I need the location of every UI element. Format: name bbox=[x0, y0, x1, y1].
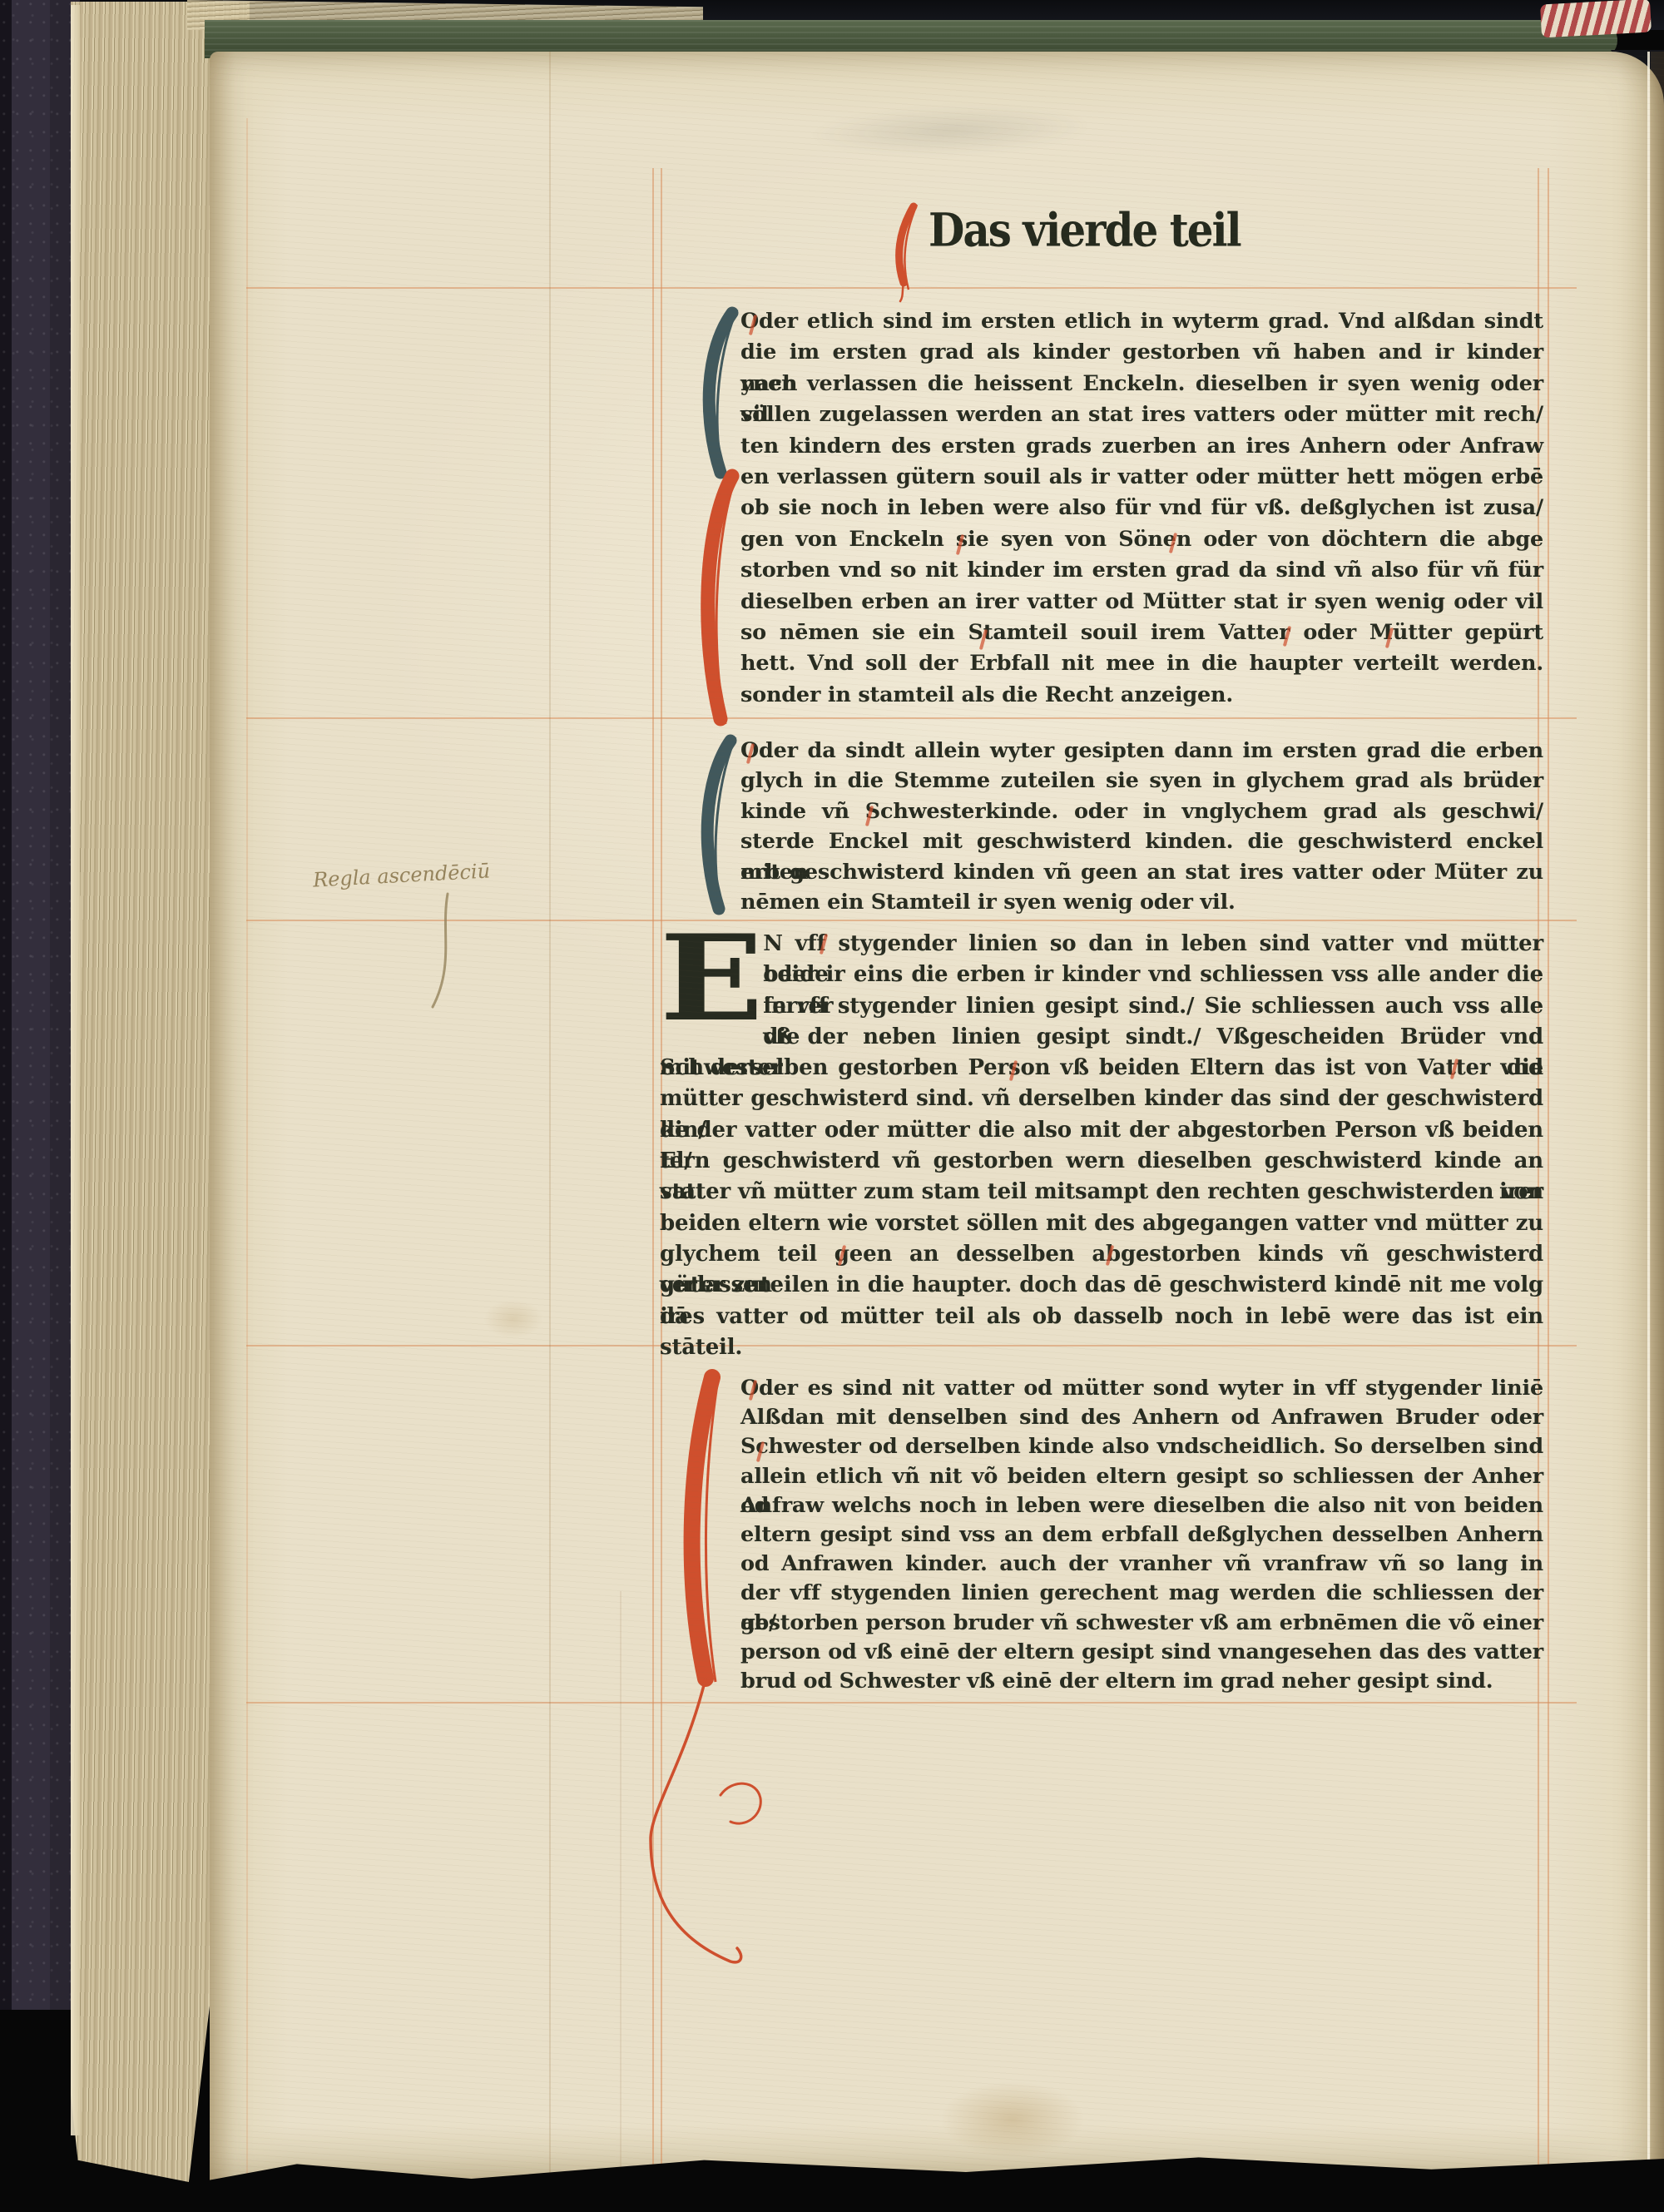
text-line: ob sie noch in leben were also für vnd f… bbox=[740, 493, 1543, 523]
text-line: vß der neben linien gesipt sindt./ Vßges… bbox=[660, 1022, 1543, 1053]
paper-crease bbox=[549, 52, 551, 2182]
paragraph-1: Oder etlich sind im ersten etlich in wyt… bbox=[740, 306, 1543, 711]
text-line: glych in die Stemme zuteilen sie syen in… bbox=[740, 766, 1543, 796]
text-line: kinde vñ Schwesterkinde. oder in vnglych… bbox=[740, 796, 1543, 826]
text-line: en verlassen gütern souil als ir vatter … bbox=[740, 462, 1543, 493]
text-line: hett. Vnd soll der Erbfall nit mee in di… bbox=[740, 648, 1543, 679]
woodcut-initial-letter: E bbox=[660, 932, 763, 1027]
paragraph-mark-crescent-teal-2 bbox=[694, 736, 744, 915]
text-line: N vff stygender linien so dan in leben s… bbox=[660, 929, 1543, 960]
book-page: Das vierde teil Oder etlich sind im erst… bbox=[210, 52, 1664, 2182]
text-line: der vff stygenden linien gerechent mag w… bbox=[740, 1579, 1543, 1608]
paragraph-3: E N vff stygender linien so dan in leben… bbox=[660, 929, 1543, 1332]
text-line: die im ersten grad als kinder gestorben … bbox=[740, 337, 1543, 368]
paragraph-4: Oder es sind nit vatter od mütter sond w… bbox=[740, 1374, 1543, 1696]
ruling-line-text-right-outer bbox=[1548, 168, 1549, 2172]
margin-note-flourish bbox=[418, 890, 476, 1015]
text-line: gestorben person bruder vñ schwester vß … bbox=[740, 1609, 1543, 1638]
text-line: güter zuteilen in die haupter. doch das … bbox=[660, 1270, 1543, 1301]
text-line: ten kindern des ersten grads zuerben an … bbox=[740, 431, 1543, 462]
text-line: Alßdan mit denselben sind des Anhern od … bbox=[740, 1403, 1543, 1432]
ruling-line-sep-3 bbox=[246, 1345, 1577, 1347]
text-line: person od vß einē der eltern gesipt sind… bbox=[740, 1638, 1543, 1667]
text-line: nēmen ein Stamteil ir syen wenig oder vi… bbox=[740, 887, 1543, 917]
paragraph-2: Oder da sindt allein wyter gesipten dann… bbox=[740, 736, 1543, 917]
text-line: Schwester od derselben kinde also vndsch… bbox=[740, 1432, 1543, 1461]
text-line: mit derselben gestorben Person vß beiden… bbox=[660, 1053, 1543, 1084]
text-line: oder ir eins die erben ir kinder vnd sch… bbox=[660, 960, 1543, 990]
text-line: vatter vñ mütter zum stam teil mitsampt … bbox=[660, 1177, 1543, 1208]
text-line: so nēmen sie ein Stamteil souil irem Vat… bbox=[740, 617, 1543, 648]
text-line: allein etlich vñ nit võ beiden eltern ge… bbox=[740, 1462, 1543, 1491]
text-line: Anfraw welchs noch in leben were dieselb… bbox=[740, 1491, 1543, 1520]
ink-showthrough-smudge bbox=[808, 100, 1092, 161]
page-stack-highlight bbox=[71, 5, 80, 2135]
text-line: sterde Enckel mit geschwisterd kinden. d… bbox=[740, 826, 1543, 856]
paragraph-3-lines: N vff stygender linien so dan in leben s… bbox=[660, 929, 1543, 1332]
ruling-line-bottom bbox=[246, 1702, 1577, 1704]
ruling-line-left-margin bbox=[246, 118, 248, 2174]
page-fold-highlight bbox=[1647, 52, 1650, 2182]
paper-crease-lower bbox=[620, 1591, 622, 2182]
ruling-line-sep-1 bbox=[246, 717, 1577, 719]
text-line: Oder etlich sind im ersten etlich in wyt… bbox=[740, 306, 1543, 337]
text-line: mütter geschwisterd sind. vñ derselben k… bbox=[660, 1084, 1543, 1114]
foxing-stain-small bbox=[484, 1300, 542, 1338]
chapter-heading-text: Das vierde teil bbox=[929, 203, 1241, 257]
text-line: od Anfrawen kinder. auch der vranher vñ … bbox=[740, 1550, 1543, 1579]
paragraph-mark-crescent-red bbox=[694, 469, 747, 727]
text-line: söllen zugelassen werden an stat ires va… bbox=[740, 399, 1543, 430]
text-line: storben vnd so nit kinder im ersten grad… bbox=[740, 555, 1543, 586]
text-line: ynen verlassen die heissent Enckeln. die… bbox=[740, 369, 1543, 399]
page-fold-shadow bbox=[1651, 52, 1664, 2182]
text-line: Oder es sind nit vatter od mütter sond w… bbox=[740, 1374, 1543, 1403]
paragraph-mark-crescent-teal bbox=[696, 308, 745, 479]
photographed-book-spread: Das vierde teil Oder etlich sind im erst… bbox=[0, 0, 1664, 2212]
book-cover-left bbox=[0, 0, 80, 2010]
text-line: gen von Enckeln sie syen von Sönen oder … bbox=[740, 524, 1543, 555]
rubric-pilcrow-icon bbox=[892, 203, 922, 303]
text-line: de der vatter oder mütter die also mit d… bbox=[660, 1115, 1543, 1146]
text-line: brud od Schwester vß einē der eltern im … bbox=[740, 1667, 1543, 1696]
text-line: tern geschwisterd vñ gestorben wern dies… bbox=[660, 1146, 1543, 1177]
text-line: beiden eltern wie vorstet söllen mit des… bbox=[660, 1208, 1543, 1239]
foxing-stain bbox=[942, 2082, 1083, 2157]
text-line: Oder da sindt allein wyter gesipten dann… bbox=[740, 736, 1543, 766]
text-line: mit geschwisterd kinden vñ geen an stat … bbox=[740, 857, 1543, 887]
chapter-heading: Das vierde teil bbox=[892, 203, 1241, 303]
text-line: in vff stygender linien gesipt sind./ Si… bbox=[660, 991, 1543, 1022]
text-line: sonder in stamteil als die Recht anzeige… bbox=[740, 680, 1543, 711]
text-line: eltern gesipt sind vss an dem erbfall de… bbox=[740, 1520, 1543, 1550]
handwritten-margin-note: Regla ascendēciū bbox=[312, 859, 490, 891]
text-line: ires vatter od mütter teil als ob dassel… bbox=[660, 1302, 1543, 1332]
text-line: glychem teil geen an desselben abgestorb… bbox=[660, 1239, 1543, 1270]
text-line: dieselben erben an irer vatter od Mütter… bbox=[740, 587, 1543, 617]
striped-endband bbox=[1540, 0, 1652, 37]
